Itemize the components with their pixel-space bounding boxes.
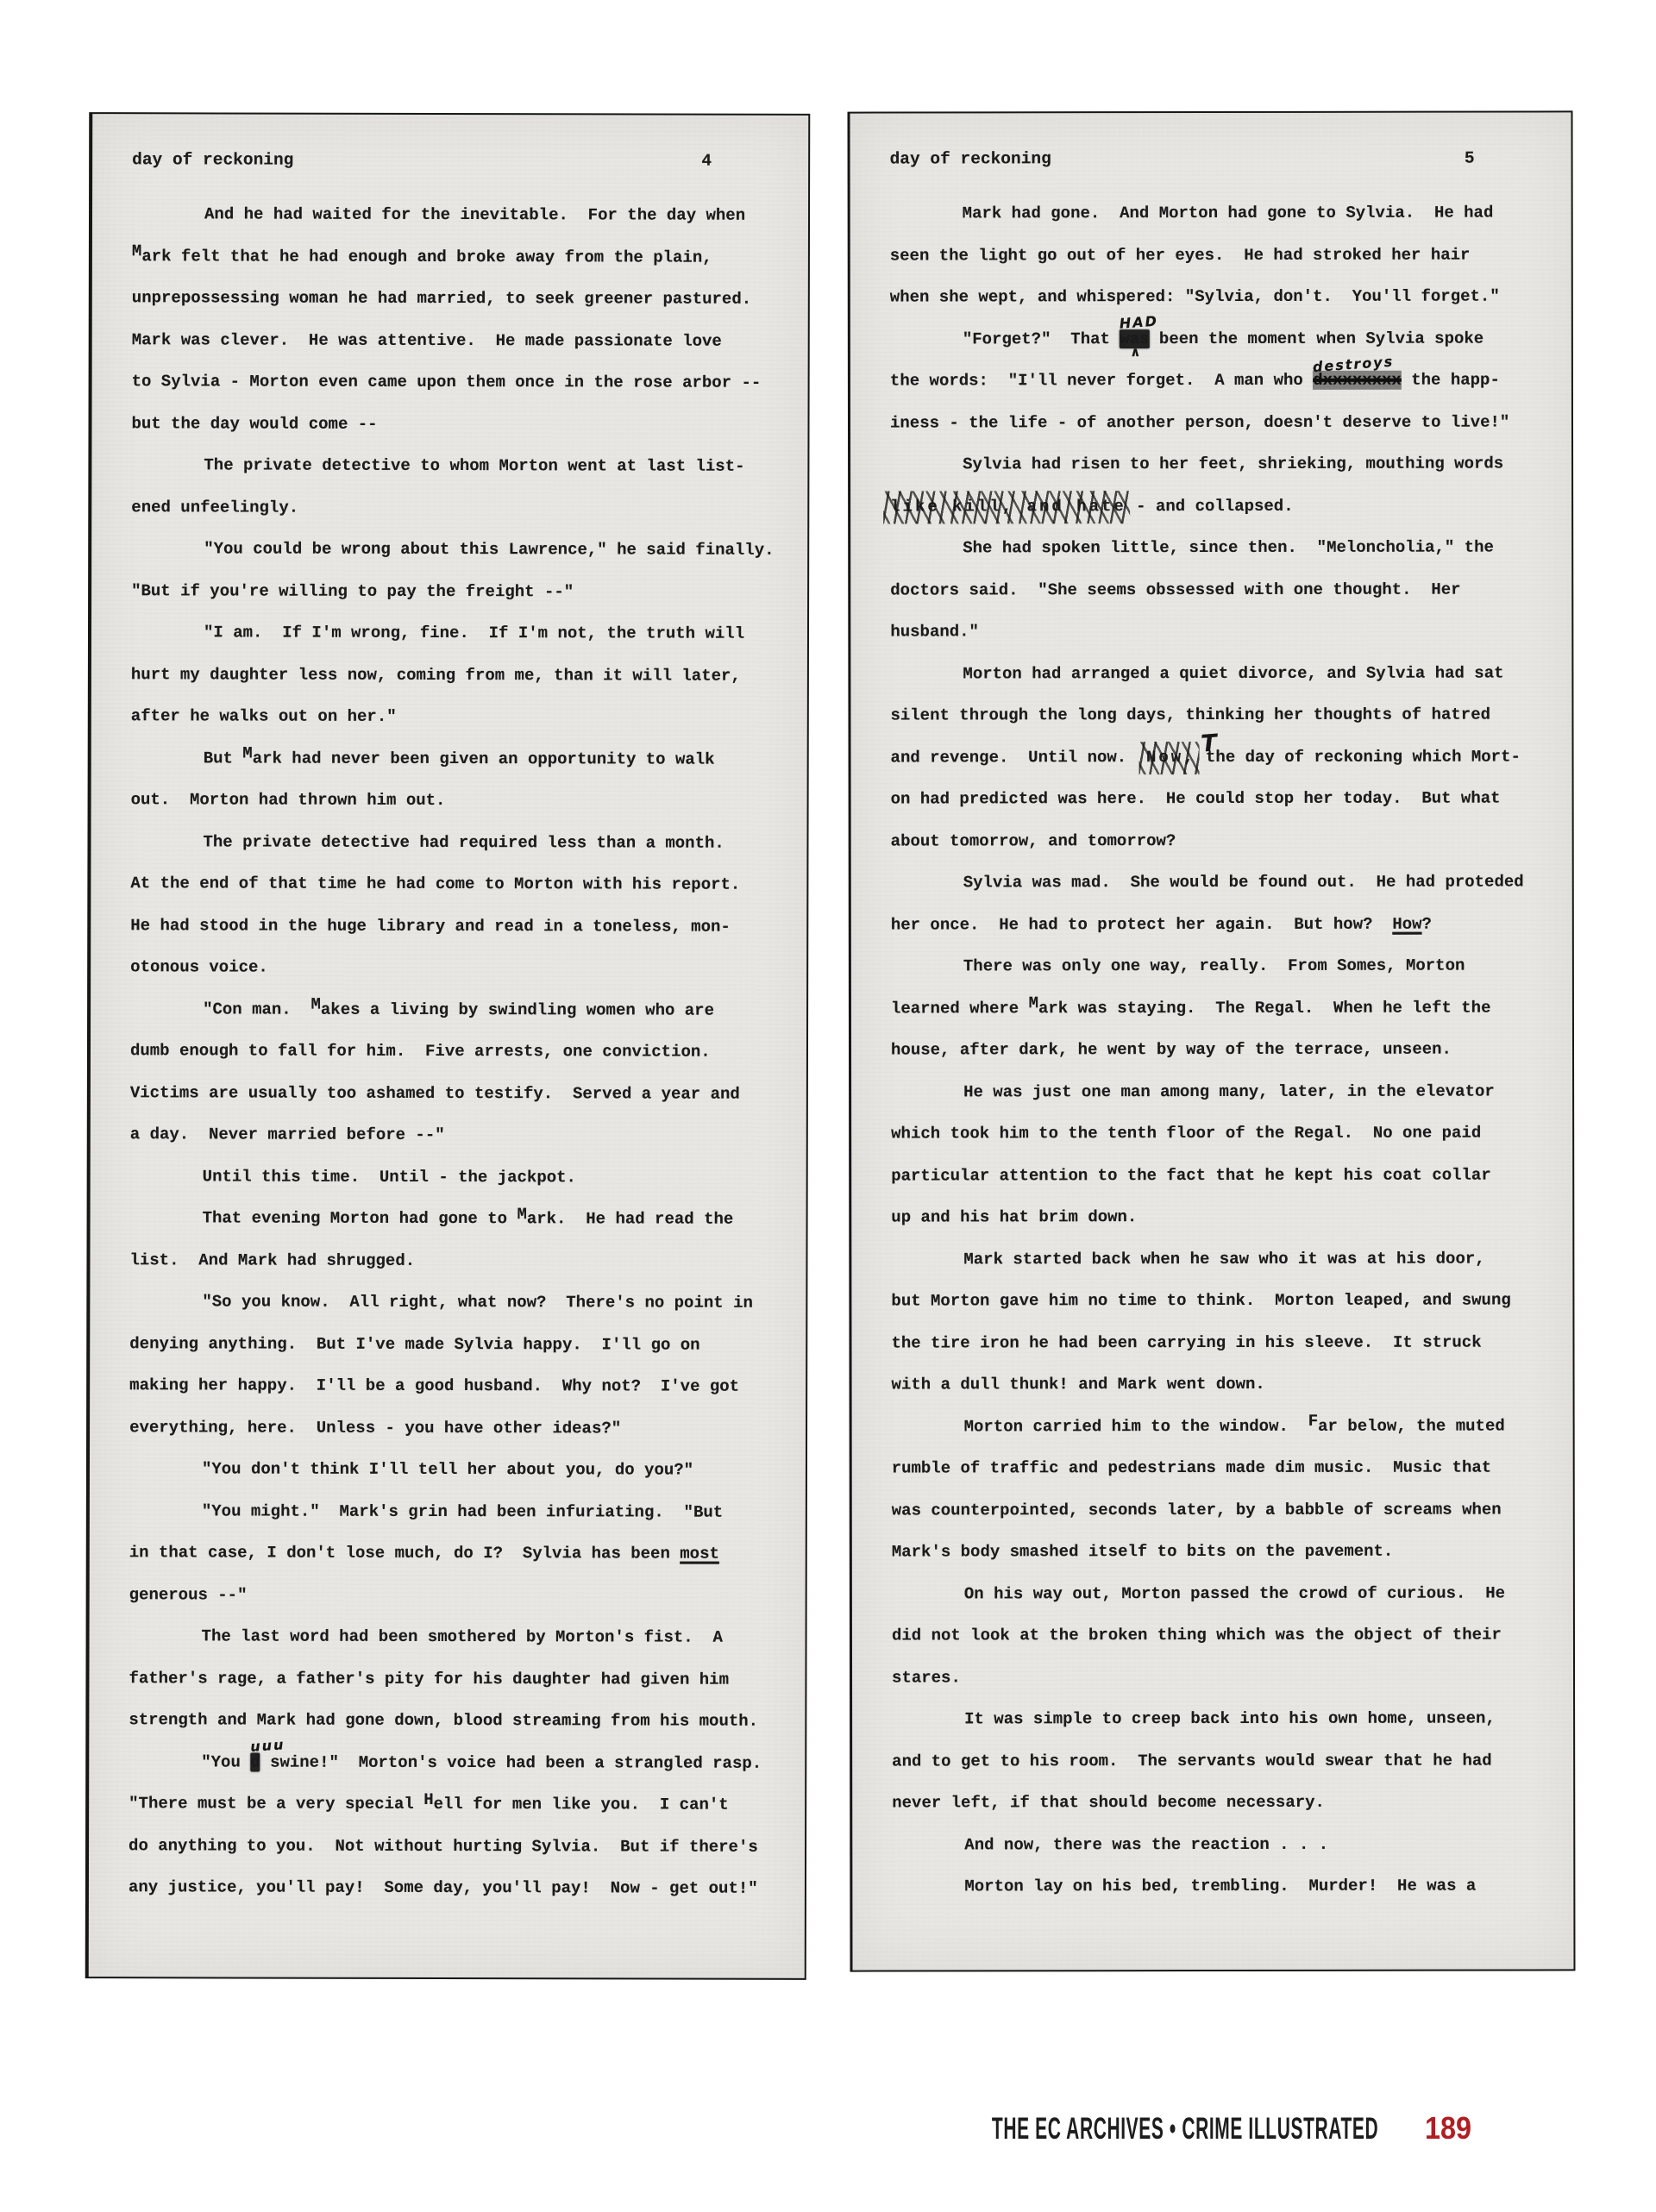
typed-text-segment: but the day would come -- (131, 414, 377, 434)
typed-text-segment: Mark was clever. He was attentive. He ma… (132, 330, 722, 350)
typewritten-line: Morton carried him to the window. Far be… (892, 1405, 1539, 1448)
typewritten-line: generous --" (129, 1574, 771, 1617)
typewritten-line: unprepossessing woman he had married, to… (132, 277, 774, 320)
typed-text-segment: "You don't think I'll tell her about you… (202, 1459, 693, 1479)
typed-text-segment: hurt my daughter less now, coming from m… (131, 665, 741, 685)
page-header: day of reckoning 5 (850, 112, 1571, 168)
typewritten-line: Sylvia was mad. She would be found out. … (891, 861, 1538, 904)
typed-text-segment: "You could be wrong about this Lawrence,… (204, 539, 774, 559)
typewritten-line: seen the light go out of her eyes. He ha… (890, 234, 1537, 277)
typed-text-segment: "You (201, 1752, 250, 1771)
typed-text-segment: was counterpointed, seconds later, by a … (892, 1500, 1502, 1520)
typed-text-segment: iness - the life - of another person, do… (890, 412, 1509, 432)
typewritten-line: "You duuu swine!" Morton's voice had bee… (129, 1741, 770, 1784)
typewritten-line: He had stood in the huge library and rea… (130, 905, 772, 948)
typewritten-line: doctors said. "She seems obssessed with … (890, 568, 1537, 611)
handwritten-correction: dxxxxxxxxdestroys (1313, 371, 1402, 390)
typewritten-line: father's rage, a father's pity for his d… (129, 1657, 770, 1701)
typewritten-line: The private detective to whom Morton wen… (131, 444, 773, 487)
typewritten-line: There was only one way, really. From Som… (891, 944, 1538, 987)
typed-text-segment: That evening Morton had gone to (203, 1208, 517, 1228)
book-title: THE EC ARCHIVES • CRIME ILLUSTRATED (992, 2112, 1378, 2146)
typewritten-line: "You could be wrong about this Lawrence,… (131, 528, 773, 571)
typed-text-segment: dumb enough to fall for him. Five arrest… (130, 1041, 711, 1061)
typewritten-line: like kill, and hate - and collapsed. (890, 485, 1537, 528)
typed-text-segment: seen the light go out of her eyes. He ha… (890, 245, 1471, 265)
typewritten-line: "There must be a very special Hell for m… (129, 1783, 770, 1826)
typewritten-text-body: Mark had gone. And Morton had gone to Sy… (850, 191, 1574, 1908)
typewritten-line: and to get to his room. The servants wou… (892, 1739, 1539, 1783)
handwritten-annotation: destroys (1313, 354, 1395, 374)
typewritten-line: Mark started back when he saw who it was… (891, 1238, 1538, 1281)
typed-text-segment: in that case, I don't lose much, do I? S… (129, 1543, 681, 1563)
handwritten-annotation: uuu (250, 1739, 285, 1755)
typed-text-segment: stares. (892, 1668, 961, 1687)
typed-text-segment: Until this time. Until - the jackpot. (203, 1167, 576, 1187)
typewritten-line: Morton had arranged a quiet divorce, and… (890, 652, 1537, 695)
typewritten-line: hurt my daughter less now, coming from m… (131, 654, 773, 697)
typed-text-segment: There was only one way, really. From Som… (963, 956, 1465, 976)
typed-text-segment: about tomorrow, and tomorrow? (891, 831, 1176, 850)
typed-text-segment: but Morton gave him no time to think. Mo… (891, 1291, 1510, 1311)
handwritten-annotation: T (1201, 731, 1218, 755)
typed-text-segment: never left, if that should become necess… (892, 1793, 1325, 1813)
typed-text-segment: "I am. If I'm wrong, fine. If I'm not, t… (204, 623, 744, 642)
typed-text-segment: and revenge. Until now. (891, 748, 1146, 767)
typed-text-segment: strength and Mark had gone down, blood s… (129, 1710, 758, 1731)
typewritten-line: never left, if that should become necess… (892, 1781, 1539, 1824)
typed-text-segment: to Sylvia - Morton even came upon them o… (132, 372, 762, 392)
typewritten-line: "So you know. All right, what now? There… (129, 1281, 771, 1324)
typewritten-line: strength and Mark had gone down, blood s… (129, 1699, 770, 1742)
typed-text-segment: house, after dark, he went by way of the… (891, 1040, 1452, 1060)
typewritten-line: Mark was clever. He was attentive. He ma… (132, 319, 774, 362)
typewritten-line: Sylvia had risen to her feet, shrieking,… (890, 442, 1537, 486)
typewritten-line: and revenge. Until now. Now, theT day of… (891, 736, 1538, 779)
typewritten-line: Victims are usually too ashamed to testi… (130, 1072, 772, 1115)
typed-text-segment: generous --" (129, 1585, 248, 1604)
typed-text-segment: with a dull thunk! and Mark went down. (892, 1375, 1265, 1394)
typed-text-segment: learned where (891, 999, 1029, 1018)
typed-text-segment: How (1392, 914, 1421, 933)
typed-text-segment: the words: "I'll never forget. A man who (890, 371, 1313, 391)
typewritten-line: "You don't think I'll tell her about you… (129, 1448, 771, 1491)
typewritten-line: after he walks out on her." (131, 695, 773, 738)
typewritten-line: Mark had gone. And Morton had gone to Sy… (890, 191, 1537, 235)
typewritten-line: That evening Morton had gone to Mark. He… (130, 1197, 772, 1240)
typed-text-segment: "Con man. (203, 999, 310, 1018)
typed-text-segment: a day. Never married before --" (130, 1125, 445, 1144)
typewritten-line: On his way out, Morton passed the crowd … (892, 1572, 1539, 1615)
typewritten-line: particular attention to the fact that he… (891, 1154, 1538, 1197)
typed-text-segment: ark felt that he had enough and broke aw… (141, 247, 712, 266)
typed-text-segment: unprepossessing woman he had married, to… (132, 288, 751, 309)
typed-text-segment: the happ- (1402, 371, 1500, 390)
typed-text-segment: after he walks out on her." (131, 706, 397, 726)
typewritten-line: And now, there was the reaction . . . (892, 1823, 1539, 1866)
insertion-caret: ∧ (1130, 346, 1140, 359)
typed-text-segment: Sylvia was mad. She would be found out. … (963, 872, 1524, 892)
typed-text-segment: Morton lay on his bed, trembling. Murder… (964, 1877, 1476, 1896)
typed-text-segment: She had spoken little, since then. "Melo… (963, 538, 1494, 558)
running-title: day of reckoning (132, 150, 293, 169)
typewritten-line: the tire iron he had been carrying in hi… (891, 1321, 1538, 1364)
typed-text-segment: He had stood in the huge library and rea… (130, 916, 731, 936)
typed-text-segment: Morton carried him to the window. (964, 1416, 1308, 1436)
typed-text-segment: silent through the long days, thinking h… (890, 705, 1490, 725)
typewritten-line: but the day would come -- (131, 403, 773, 446)
typed-text-segment: Sylvia had risen to her feet, shrieking,… (963, 454, 1503, 474)
typewritten-line: was counterpointed, seconds later, by a … (892, 1488, 1539, 1532)
typewritten-line: "But if you're willing to pay the freigh… (131, 570, 773, 613)
typed-text-segment: and to get to his room. The servants wou… (892, 1751, 1492, 1770)
typed-text-segment: making her happy. I'll be a good husband… (129, 1375, 739, 1395)
typed-text-segment: up and his hat brim down. (891, 1207, 1137, 1226)
typed-text-segment: everything, here. Unless - you have othe… (129, 1418, 621, 1438)
typewritten-line: The last word had been smothered by Mort… (129, 1615, 771, 1658)
typed-text-segment: most (680, 1545, 719, 1563)
handwritten-correction: wasHAD∧ (1120, 329, 1149, 348)
typed-text-segment: Victims are usually too ashamed to testi… (130, 1083, 740, 1103)
typed-text-segment: do anything to you. Not without hurting … (129, 1836, 758, 1857)
typed-text-segment: Now, (1146, 748, 1196, 767)
typed-text-segment: And now, there was the reaction . . . (964, 1834, 1328, 1854)
typewritten-line: She had spoken little, since then. "Melo… (890, 526, 1537, 569)
typed-page-number: 5 (1465, 149, 1475, 168)
typed-text-segment: husband." (890, 622, 979, 641)
typewritten-line: did not look at the broken thing which w… (892, 1614, 1539, 1657)
typed-text-segment: father's rage, a father's pity for his d… (129, 1669, 729, 1689)
typed-text-segment: Morton had arranged a quiet divorce, and… (963, 663, 1503, 683)
typed-text-segment: which took him to the tenth floor of the… (891, 1124, 1481, 1144)
typed-text-segment: akes a living by swindling women who are (321, 999, 714, 1019)
handwritten-correction: duuu (250, 1752, 260, 1771)
typewritten-line: any justice, you'll pay! Some day, you'l… (129, 1866, 770, 1909)
typewritten-line: stares. (892, 1656, 1539, 1699)
book-footer: THE EC ARCHIVES • CRIME ILLUSTRATED 189 (0, 2110, 1477, 2146)
typed-text-segment: The private detective to whom Morton wen… (204, 455, 744, 475)
typewritten-line: "Forget?" That wasHAD∧ been the moment w… (890, 317, 1537, 360)
typed-text-segment: Mark started back when he saw who it was… (963, 1249, 1484, 1269)
typewritten-line: The private detective had required less … (130, 821, 772, 864)
typewritten-line: learned where Mark was staying. The Rega… (891, 987, 1538, 1030)
typed-text-segment: the tire iron he had been carrying in hi… (891, 1332, 1481, 1352)
typewritten-line: Until this time. Until - the jackpot. (130, 1156, 772, 1199)
handwritten-correction: theT (1206, 747, 1235, 766)
typed-text-segment: swine!" Morton's voice had been a strang… (260, 1752, 762, 1772)
typed-text-segment: doctors said. "She seems obssessed with … (890, 580, 1460, 599)
typed-text-segment: - and collapsed. (1126, 496, 1294, 515)
typed-text-segment: "But if you're willing to pay the freigh… (131, 581, 574, 601)
typed-text-segment: On his way out, Morton passed the crowd … (964, 1583, 1505, 1603)
typewritten-line: about tomorrow, and tomorrow? (891, 819, 1538, 862)
typed-text-segment: Mark's body smashed itself to bits on th… (892, 1542, 1394, 1562)
typewritten-line: And he had waited for the inevitable. Fo… (132, 193, 774, 236)
typewritten-line: rumble of traffic and pedestrians made d… (892, 1446, 1539, 1489)
typewritten-line: Mark felt that he had enough and broke a… (132, 235, 774, 279)
typed-text-segment: ? (1422, 914, 1432, 933)
typed-text-segment: ar below, the muted (1318, 1416, 1505, 1435)
typewritten-line: otonous voice. (130, 946, 772, 989)
typewritten-line: Morton lay on his bed, trembling. Murder… (892, 1864, 1539, 1908)
typed-text-segment: It was simple to creep back into his own… (964, 1709, 1496, 1729)
typewritten-line: which took him to the tenth floor of the… (891, 1112, 1538, 1155)
typewritten-line: to Sylvia - Morton even came upon them o… (132, 360, 774, 404)
manuscript-page-left: day of reckoning 4 And he had waited for… (85, 112, 811, 1980)
typed-text-segment: on had predicted was here. He could stop… (891, 789, 1501, 809)
typewritten-line: the words: "I'll never forget. A man who… (890, 359, 1537, 402)
typed-text-segment: like kill, and hate (890, 497, 1126, 516)
typewritten-line: "Con man. Makes a living by swindling wo… (130, 988, 772, 1031)
typewritten-line: on had predicted was here. He could stop… (891, 777, 1538, 820)
typewritten-line: "You might." Mark's grin had been infuri… (129, 1490, 771, 1533)
typewritten-line: iness - the life - of another person, do… (890, 401, 1537, 444)
typed-text-segment: been the moment when Sylvia spoke (1150, 329, 1484, 348)
typewritten-line: up and his hat brim down. (891, 1195, 1538, 1238)
typewritten-line: Mark's body smashed itself to bits on th… (892, 1530, 1539, 1573)
typed-text-segment: At the end of that time he had come to M… (130, 874, 740, 893)
typed-text-segment: day of reckoning which Mort- (1235, 747, 1521, 766)
typewritten-line: "I am. If I'm wrong, fine. If I'm not, t… (131, 611, 773, 655)
book-page-number: 189 (1425, 2110, 1471, 2146)
running-title: day of reckoning (890, 149, 1051, 168)
manuscript-page-right: day of reckoning 5 Mark had gone. And Mo… (847, 110, 1575, 1971)
typewritten-line: but Morton gave him no time to think. Mo… (891, 1279, 1538, 1322)
typewritten-text-body: And he had waited for the inevitable. Fo… (89, 193, 808, 1909)
typed-text-segment: The private detective had required less … (203, 832, 724, 852)
typed-text-segment: Mark had gone. And Morton had gone to Sy… (963, 204, 1494, 223)
typewritten-line: dumb enough to fall for him. Five arrest… (130, 1030, 772, 1073)
typewritten-line: with a dull thunk! and Mark went down. (892, 1363, 1539, 1406)
typewritten-line: a day. Never married before --" (130, 1113, 772, 1156)
typewritten-line: out. Morton had thrown him out. (131, 779, 773, 822)
typed-text-segment: And he had waited for the inevitable. Fo… (204, 204, 745, 224)
typewritten-line: making her happy. I'll be a good husband… (129, 1364, 771, 1407)
typewritten-line: But Mark had never been given an opportu… (131, 737, 773, 780)
typewritten-line: house, after dark, he went by way of the… (891, 1028, 1538, 1071)
typewritten-line: It was simple to creep back into his own… (892, 1697, 1539, 1740)
typed-text-segment: "So you know. All right, what now? There… (202, 1292, 753, 1312)
typed-text-segment: He was just one man among many, later, i… (963, 1081, 1495, 1101)
typed-text-segment: ark was staying. The Regal. When he left… (1038, 998, 1491, 1018)
typed-text-segment: did not look at the broken thing which w… (892, 1626, 1502, 1645)
typed-text-segment: But (204, 749, 243, 768)
typed-text-segment: otonous voice. (130, 957, 268, 976)
typed-text-segment: "You might." Mark's grin had been infuri… (202, 1501, 723, 1521)
typewritten-line: do anything to you. Not without hurting … (129, 1825, 770, 1868)
typed-text-segment: ark had never been given an opportunity … (253, 749, 715, 768)
typed-text-segment: list. And Mark had shrugged. (129, 1250, 415, 1270)
typewritten-line: ened unfeelingly. (131, 486, 773, 530)
typed-text-segment: when she wept, and whispered: "Sylvia, d… (890, 287, 1500, 307)
typed-text-segment: "Forget?" That (963, 329, 1120, 348)
typed-text-segment: rumble of traffic and pedestrians made d… (892, 1458, 1492, 1478)
typewritten-line: in that case, I don't lose much, do I? S… (129, 1532, 771, 1575)
handwritten-annotation: HAD (1120, 315, 1159, 331)
typewritten-line: He was just one man among many, later, i… (891, 1070, 1538, 1113)
typed-text-segment: ark. He had read the (527, 1209, 733, 1229)
typewritten-line: when she wept, and whispered: "Sylvia, d… (890, 275, 1537, 318)
typewritten-line: husband." (890, 610, 1537, 653)
typed-text-segment: denying anything. But I've made Sylvia h… (129, 1334, 699, 1354)
typed-text-segment: any justice, you'll pay! Some day, you'l… (129, 1877, 758, 1898)
typed-text-segment: particular attention to the fact that he… (891, 1165, 1491, 1185)
typewritten-line: At the end of that time he had come to M… (130, 862, 772, 905)
typewritten-line: list. And Mark had shrugged. (129, 1239, 771, 1282)
typed-text-segment: "There must be a very special (129, 1794, 423, 1814)
typewritten-line: everything, here. Unless - you have othe… (129, 1407, 771, 1450)
typed-text-segment: The last word had been smothered by Mort… (202, 1626, 723, 1646)
typed-text-segment: out. Morton had thrown him out. (131, 790, 446, 810)
page-header: day of reckoning 4 (92, 114, 808, 171)
typed-text-segment: ell for men like you. I can't (434, 1795, 729, 1814)
typed-page-number: 4 (701, 152, 712, 171)
typed-text-segment: ened unfeelingly. (131, 498, 298, 517)
typewritten-line: her once. He had to protect her again. B… (891, 903, 1538, 946)
typewritten-line: denying anything. But I've made Sylvia h… (129, 1323, 771, 1366)
typed-text-segment: her once. He had to protect her again. B… (891, 914, 1393, 934)
